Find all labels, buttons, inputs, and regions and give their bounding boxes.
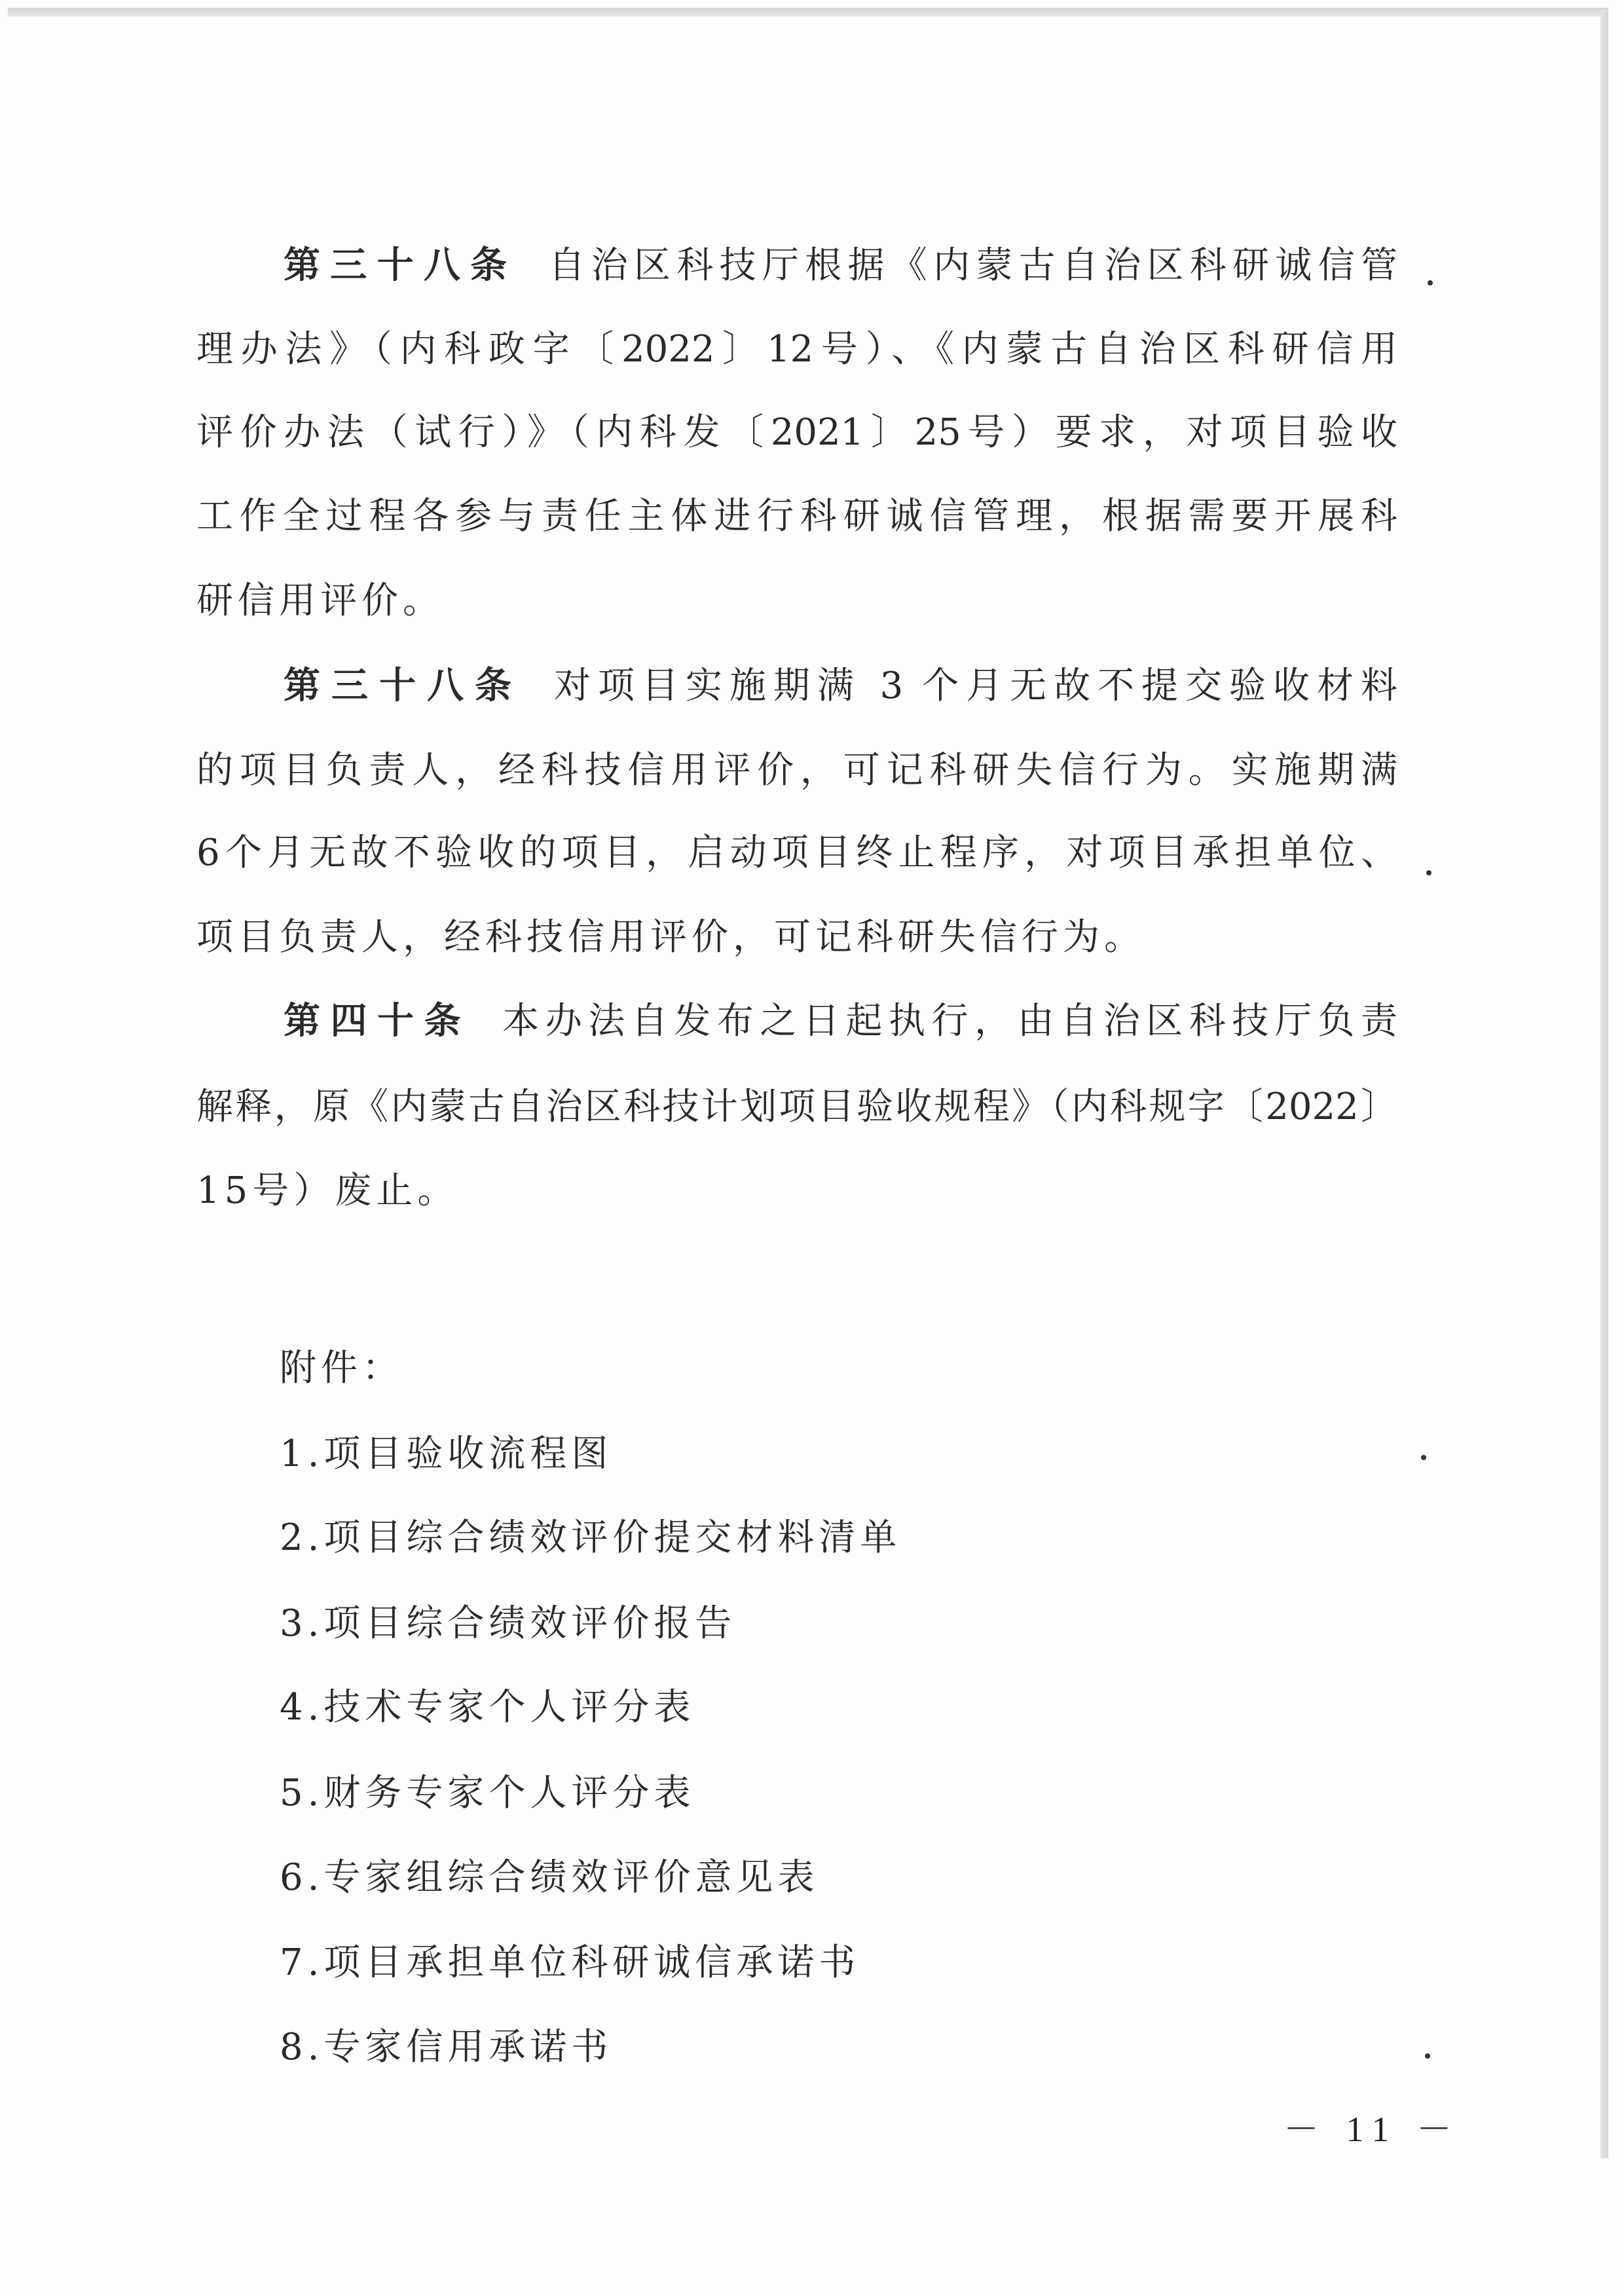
attachment-item: 6.专家组综合绩效评价意见表 xyxy=(280,1855,819,1901)
article-text: 对项目实施期满 3 个月无故不提交验收材料 xyxy=(554,665,1397,707)
page-edge-top xyxy=(8,8,1608,16)
scan-dot-mark xyxy=(1421,1455,1426,1460)
article-line: 评价办法（试行）》（内科发〔2021〕25号）要求，对项目验收 xyxy=(196,410,1397,456)
article-line: 解释，原《内蒙古自治区科技计划项目验收规程》（内科规字〔2022〕 xyxy=(196,1084,1397,1130)
attachment-item: 3.项目综合绩效评价报告 xyxy=(280,1601,736,1647)
article-line: 15号）废止。 xyxy=(196,1168,1397,1214)
article-heading: 第四十条 xyxy=(284,1000,471,1042)
article-line: 第三十八条自治区科技厅根据《内蒙古自治区科研诚信管 xyxy=(284,243,1397,289)
article-line: 研信用评价。 xyxy=(196,578,1397,624)
attachment-item: 7.项目承担单位科研诚信承诺书 xyxy=(280,1940,860,1986)
attachment-item: 4.技术专家个人评分表 xyxy=(280,1685,695,1731)
article-line: 项目负责人，经科技信用评价，可记科研失信行为。 xyxy=(196,915,1397,961)
scan-dot-mark xyxy=(1425,2053,1430,2059)
scan-dot-mark xyxy=(1428,280,1433,285)
attachment-item: 1.项目验收流程图 xyxy=(280,1431,612,1477)
scan-dot-mark xyxy=(1426,870,1431,875)
article-line: 第三十八条对项目实施期满 3 个月无故不提交验收材料 xyxy=(284,663,1397,709)
attachments-label: 附件： xyxy=(280,1346,403,1391)
article-line: 第四十条本办法自发布之日起执行，由自治区科技厅负责 xyxy=(284,999,1397,1044)
page-edge-right xyxy=(1600,9,1608,2158)
article-text: 自治区科技厅根据《内蒙古自治区科研诚信管 xyxy=(548,244,1397,287)
article-line: 理办法》（内科政字〔2022〕12号）、《内蒙古自治区科研信用 xyxy=(196,327,1397,373)
attachment-item: 8.专家信用承诺书 xyxy=(280,2025,612,2070)
attachment-item: 2.项目综合绩效评价提交材料清单 xyxy=(280,1515,901,1561)
article-line: 6个月无故不验收的项目，启动项目终止程序，对项目承担单位、 xyxy=(196,830,1397,876)
article-text: 本办法自发布之日起执行，由自治区科技厅负责 xyxy=(502,1000,1397,1042)
attachment-item: 5.财务专家个人评分表 xyxy=(280,1771,695,1816)
page-number: － 11 － xyxy=(1283,2108,1461,2150)
article-heading: 第三十八条 xyxy=(284,244,517,287)
article-line: 工作全过程各参与责任主体进行科研诚信管理，根据需要开展科 xyxy=(196,494,1397,540)
article-heading: 第三十八条 xyxy=(284,665,523,707)
article-line: 的项目负责人，经科技信用评价，可记科研失信行为。实施期满 xyxy=(196,748,1397,794)
